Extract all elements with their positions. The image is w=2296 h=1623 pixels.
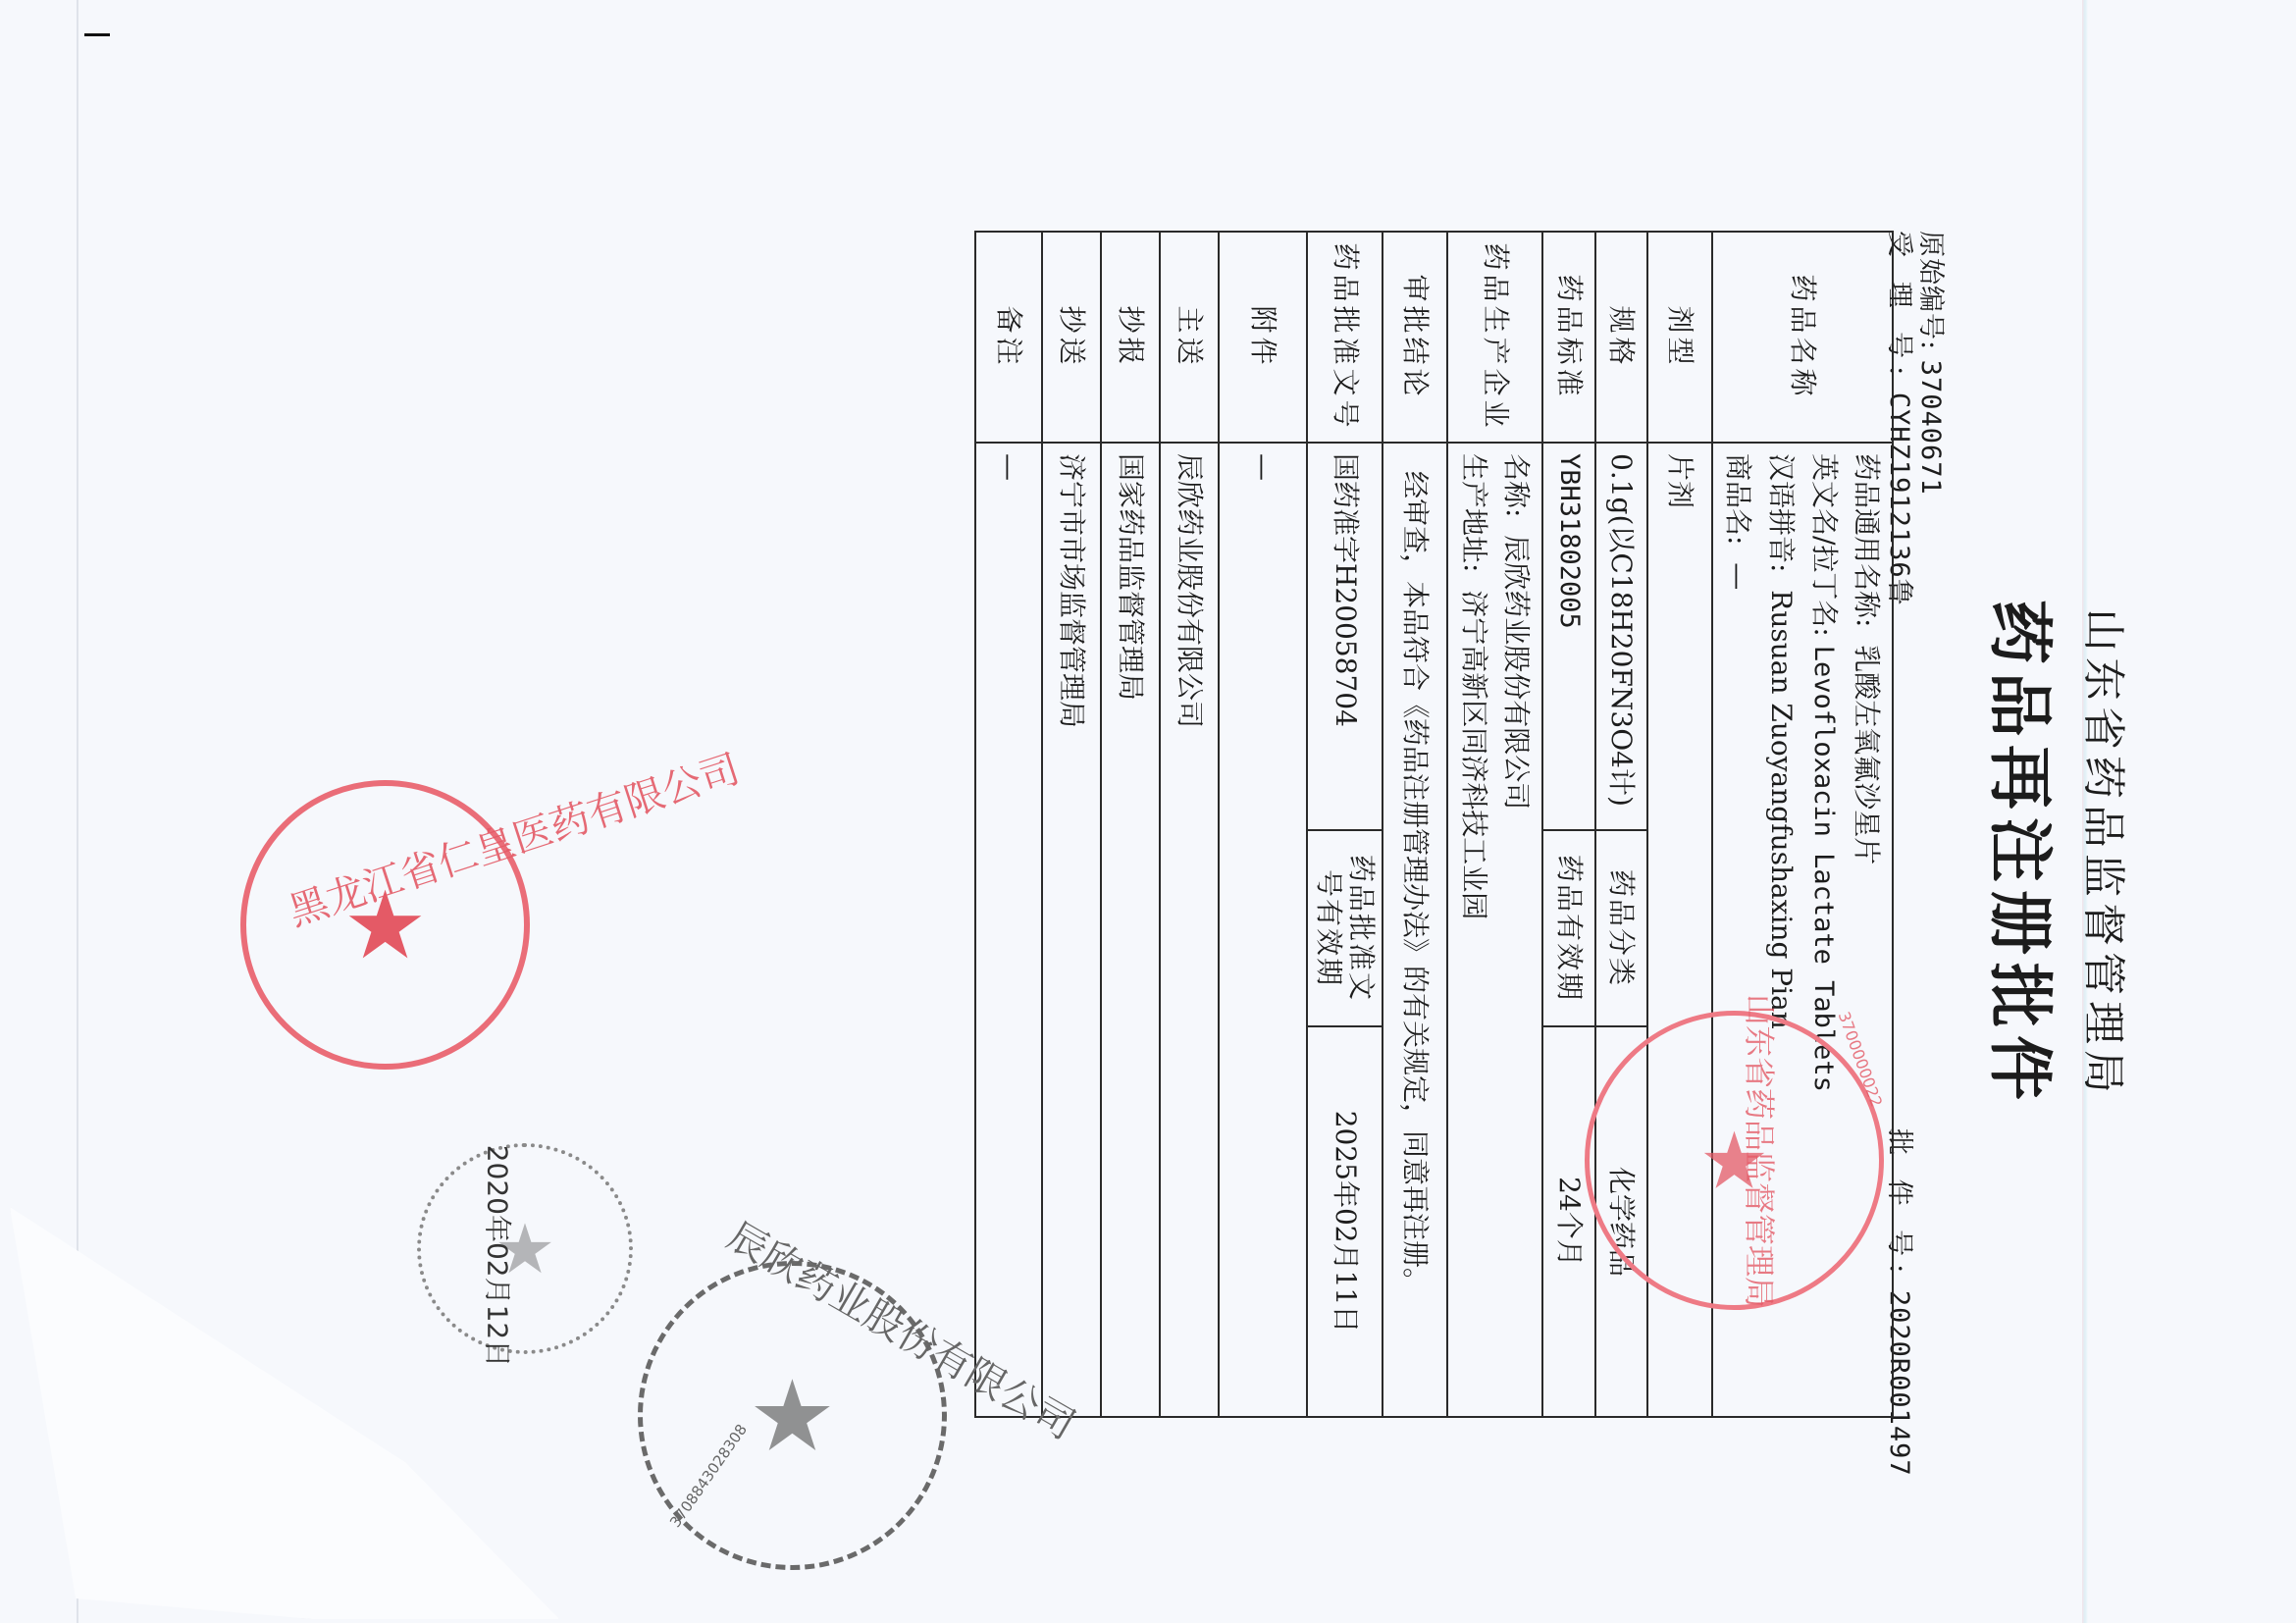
approval-expiry-value: 2025年02月11日 bbox=[1307, 1026, 1383, 1417]
english-name: Levofloxacin Lactate Tablets bbox=[1808, 646, 1839, 1092]
chenxin-company-seal: ★ 辰欣药业股份有限公司 3708843028308 bbox=[638, 1261, 947, 1570]
main-recipient-value: 辰欣药业股份有限公司 bbox=[1160, 443, 1219, 1417]
remarks-value: — bbox=[975, 443, 1042, 1417]
date-stamp: ★ 2020年02月12日 bbox=[417, 1143, 633, 1354]
registration-document: 山东省药品监督管理局 药品再注册批件 原始编号: 37040671 受 理 号:… bbox=[1050, 137, 2149, 1570]
label-specification: 规格 bbox=[1595, 232, 1647, 443]
row-manufacturer: 药品生产企业 名称: 辰欣药业股份有限公司 生产地址: 济宁高新区同济科技工业园 bbox=[1447, 232, 1542, 1417]
label-attachment: 附件 bbox=[1219, 232, 1307, 443]
row-approval-doc: 药品批准文号 国药准字H20058704 药品批准文号有效期 2025年02月1… bbox=[1307, 232, 1383, 1417]
label-drug-name: 药品名称 bbox=[1712, 232, 1893, 443]
row-remarks: 备注 — bbox=[975, 232, 1042, 1417]
generic-name: 乳酸左氧氟沙星片 bbox=[1851, 645, 1883, 864]
label-report-to: 抄报 bbox=[1101, 232, 1160, 443]
report-to-value: 国家药品监督管理局 bbox=[1101, 443, 1160, 1417]
shandong-agency-seal: ★ 山东省药品监督管理局 3700000022 bbox=[1585, 1011, 1884, 1310]
attachment-value: — bbox=[1219, 443, 1307, 1417]
label-conclusion: 审批结论 bbox=[1383, 232, 1447, 443]
label-dosage-form: 剂型 bbox=[1647, 232, 1712, 443]
label-manufacturer: 药品生产企业 bbox=[1447, 232, 1542, 443]
scan-mark bbox=[84, 33, 110, 36]
label-approval-doc: 药品批准文号 bbox=[1307, 232, 1383, 443]
row-main-recipient: 主送 辰欣药业股份有限公司 bbox=[1160, 232, 1219, 1417]
trade-name: — bbox=[1722, 562, 1754, 590]
row-standard: 药品标准 YBH31802005 药品有效期 24个月 bbox=[1542, 232, 1594, 1417]
document-title: 药品再注册批件 bbox=[1979, 137, 2072, 1570]
pinyin-name: Rusuan Zuoyangfushaxing Pian bbox=[1765, 590, 1798, 1029]
conclusion-value: 经审查，本品符合《药品注册管理办法》的有关规定，同意再注册。 bbox=[1383, 443, 1447, 1417]
label-main-recipient: 主送 bbox=[1160, 232, 1219, 443]
manufacturer-name: 辰欣药业股份有限公司 bbox=[1500, 535, 1533, 810]
heilongjiang-company-seal: ★ 黑龙江省仁皇医药有限公司 bbox=[240, 780, 530, 1070]
approval-doc-value: 国药准字H20058704 bbox=[1307, 443, 1383, 830]
copy-to-value: 济宁市市场监督管理局 bbox=[1042, 443, 1101, 1417]
star-icon: ★ bbox=[749, 1358, 837, 1473]
row-report-to: 抄报 国家药品监督管理局 bbox=[1101, 232, 1160, 1417]
label-approval-expiry: 药品批准文号有效期 bbox=[1307, 830, 1383, 1026]
label-validity: 药品有效期 bbox=[1542, 830, 1594, 1026]
specification-value: 0.1g(以C18H20FN3O4计) bbox=[1595, 443, 1647, 830]
agency-name: 山东省药品监督管理局 bbox=[2076, 137, 2139, 1570]
label-category: 药品分类 bbox=[1595, 830, 1647, 1026]
standard-value: YBH31802005 bbox=[1542, 443, 1594, 830]
label-copy-to: 抄送 bbox=[1042, 232, 1101, 443]
label-remarks: 备注 bbox=[975, 232, 1042, 443]
row-copy-to: 抄送 济宁市市场监督管理局 bbox=[1042, 232, 1101, 1417]
manufacturer-values: 名称: 辰欣药业股份有限公司 生产地址: 济宁高新区同济科技工业园 bbox=[1447, 443, 1542, 1417]
manufacturer-address: 济宁高新区同济科技工业园 bbox=[1458, 590, 1490, 919]
validity-value: 24个月 bbox=[1542, 1026, 1594, 1417]
label-standard: 药品标准 bbox=[1542, 232, 1594, 443]
row-conclusion: 审批结论 经审查，本品符合《药品注册管理办法》的有关规定，同意再注册。 bbox=[1383, 232, 1447, 1417]
row-attachment: 附件 — bbox=[1219, 232, 1307, 1417]
